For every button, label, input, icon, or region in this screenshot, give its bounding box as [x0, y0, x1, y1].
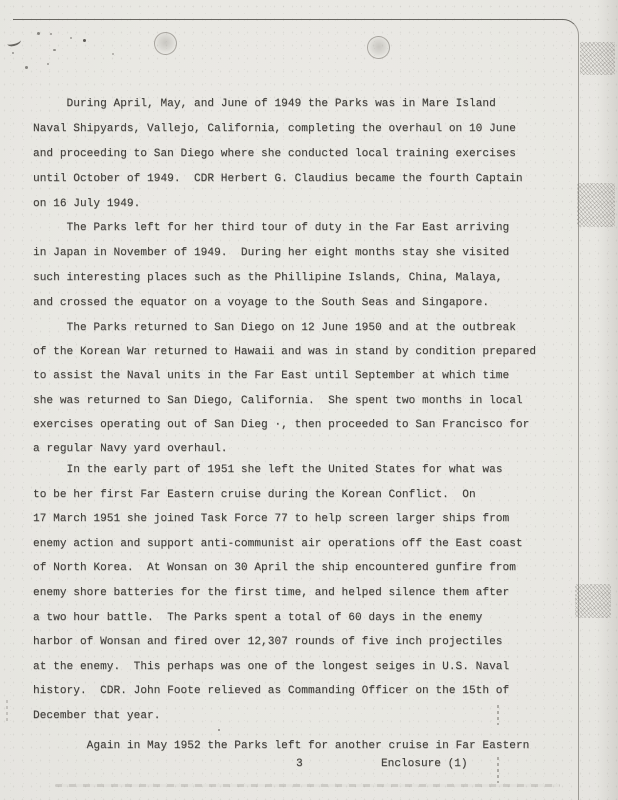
ink-speck: [70, 37, 72, 39]
ink-speck: [218, 729, 220, 731]
smudge-patch: [577, 183, 615, 227]
margin-artifact: [6, 700, 8, 722]
scanned-document-page: During April, May, and June of 1949 the …: [0, 0, 618, 800]
ink-speck: [50, 33, 52, 35]
ink-speck: [83, 39, 86, 42]
margin-artifact: [497, 757, 499, 783]
ink-speck: [25, 66, 28, 69]
paragraph-overhaul-1949: During April, May, and June of 1949 the …: [33, 92, 578, 217]
bottom-scan-streak: [55, 784, 560, 787]
paragraph-may-1952: Again in May 1952 the Parks left for ano…: [33, 737, 578, 755]
ink-speck: [53, 49, 56, 51]
enclosure-label: Enclosure (1): [381, 757, 468, 771]
paragraph-third-tour: The Parks left for her third tour of dut…: [33, 216, 578, 316]
page-number: 3: [296, 757, 303, 771]
ink-speck: [12, 52, 14, 54]
paragraph-task-force-77: In the early part of 1951 she left the U…: [33, 458, 578, 729]
circular-stamp-left: [154, 32, 177, 55]
ink-speck: [37, 32, 40, 35]
paragraph-korean-war-outbreak: The Parks returned to San Diego on 12 Ju…: [33, 316, 578, 461]
ink-speck: [112, 53, 114, 55]
smudge-patch: [580, 42, 615, 75]
smudge-patch: [575, 584, 611, 618]
ink-speck: [47, 63, 49, 65]
